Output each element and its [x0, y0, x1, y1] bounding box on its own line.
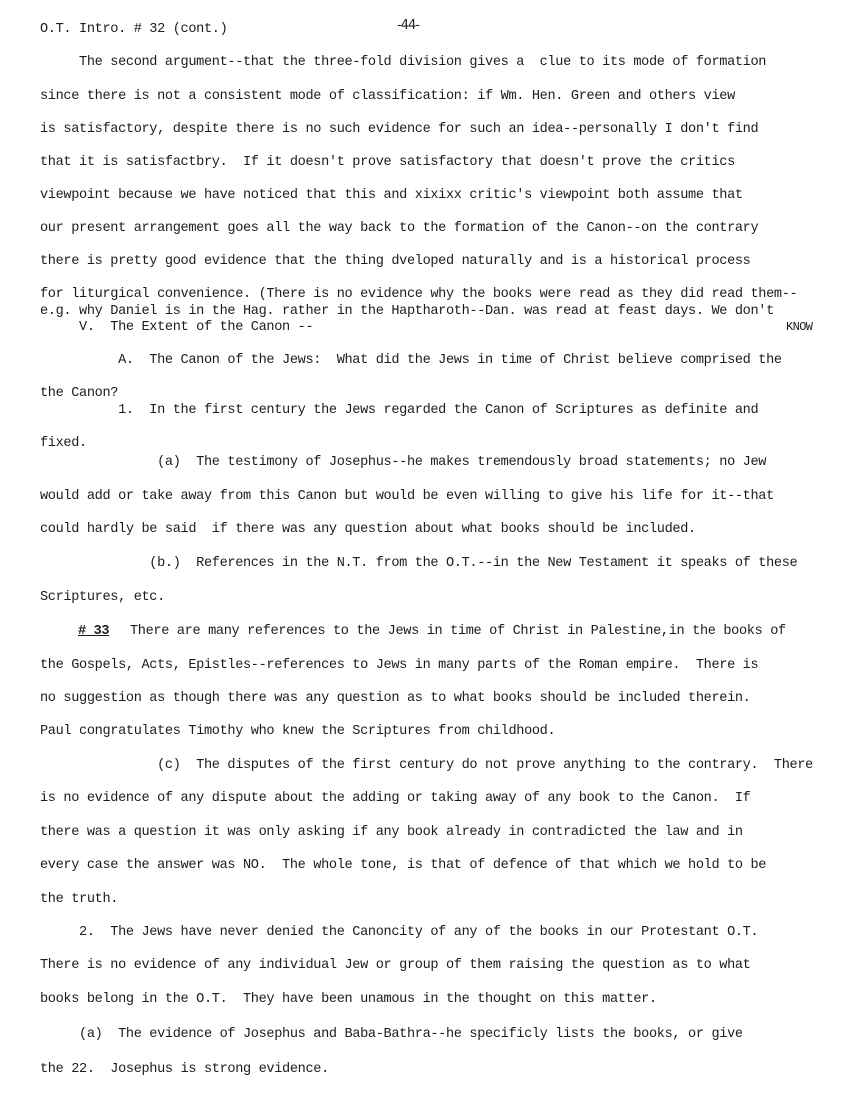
section-heading: V. The Extent of the Canon -- — [40, 320, 313, 336]
text-line: there is pretty good evidence that the t… — [40, 254, 751, 270]
section-marker: # 33 — [78, 624, 109, 640]
text-line: (c) The disputes of the first century do… — [40, 758, 813, 774]
text-line: (b.) References in the N.T. from the O.T… — [40, 556, 797, 572]
text-line: Scriptures, etc. — [40, 590, 165, 606]
text-line: the truth. — [40, 892, 118, 908]
text-line: since there is not a consistent mode of … — [40, 89, 735, 105]
text-line: is satisfactory, despite there is no suc… — [40, 122, 758, 138]
text-line: for liturgical convenience. (There is no… — [40, 287, 797, 303]
text-line: fixed. — [40, 436, 87, 452]
typewritten-page: O.T. Intro. # 32 (cont.) -44- The second… — [0, 0, 853, 1101]
text-line: e.g. why Daniel is in the Hag. rather in… — [40, 304, 774, 320]
section-marker-label: # 33 — [78, 624, 109, 639]
text-line: (a) The evidence of Josephus and Baba-Ba… — [40, 1027, 743, 1043]
text-line: viewpoint because we have noticed that t… — [40, 188, 743, 204]
text-line: the Canon? — [40, 386, 118, 402]
text-line: 2. The Jews have never denied the Canonc… — [40, 925, 758, 941]
text-line: There are many references to the Jews in… — [130, 624, 786, 640]
text-line: There is no evidence of any individual J… — [40, 958, 751, 974]
text-line: there was a question it was only asking … — [40, 825, 743, 841]
page-header: O.T. Intro. # 32 (cont.) — [40, 22, 227, 38]
text-line: (a) The testimony of Josephus--he makes … — [40, 455, 766, 471]
text-line: our present arrangement goes all the way… — [40, 221, 758, 237]
text-line: the Gospels, Acts, Epistles--references … — [40, 658, 758, 674]
text-line: A. The Canon of the Jews: What did the J… — [40, 353, 782, 369]
page-number: -44- — [397, 18, 419, 33]
text-line: would add or take away from this Canon b… — [40, 489, 774, 505]
text-line: 1. In the first century the Jews regarde… — [40, 403, 758, 419]
text-line: that it is satisfactbry. If it doesn't p… — [40, 155, 735, 171]
text-line: every case the answer was NO. The whole … — [40, 858, 766, 874]
text-line: the 22. Josephus is strong evidence. — [40, 1062, 329, 1078]
text-line: could hardly be said if there was any qu… — [40, 522, 696, 538]
margin-note: KNOW — [786, 320, 812, 334]
text-line: books belong in the O.T. They have been … — [40, 992, 657, 1008]
text-line: Paul congratulates Timothy who knew the … — [40, 724, 555, 740]
text-line: no suggestion as though there was any qu… — [40, 691, 751, 707]
text-line: is no evidence of any dispute about the … — [40, 791, 751, 807]
text-line: The second argument--that the three-fold… — [40, 55, 766, 71]
